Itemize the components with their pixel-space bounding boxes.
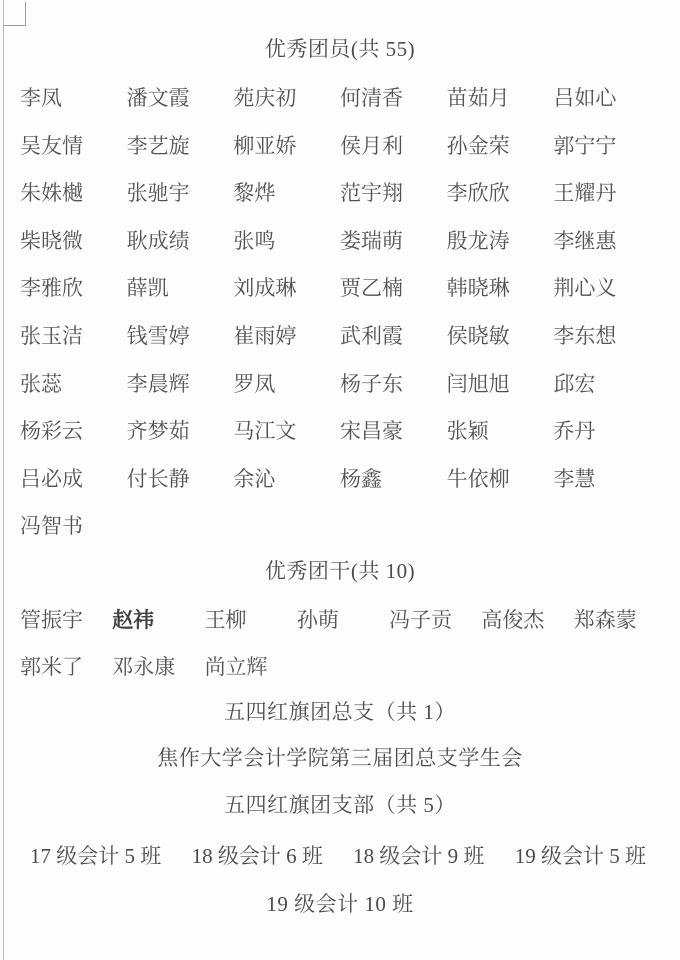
- person-name: 吕必成: [20, 456, 127, 504]
- general-branch-winner: 焦作大学会计学院第三届团总支学生会: [0, 734, 680, 782]
- table-corner-vertical-line: [25, 2, 26, 26]
- person-name: 邓永康: [112, 644, 204, 691]
- person-name: 李晨辉: [127, 361, 234, 409]
- person-name: 柴晓微: [20, 218, 127, 266]
- excellent-members-name-grid: 李凤潘文霞苑庆初何清香苗茹月吕如心吴友情李艺旋柳亚娇侯月利孙金荣郭宁宁朱姝樾张驰…: [0, 75, 680, 551]
- red-flag-branch-classes-row: 17 级会计 5 班18 级会计 6 班18 级会计 9 班19 级会计 5 班: [0, 832, 680, 880]
- person-name: 李东想: [553, 313, 660, 361]
- red-flag-branch-class-line2: 19 级会计 10 班: [0, 880, 680, 928]
- person-name: 冯子贡: [389, 597, 481, 644]
- class-name: 17 级会计 5 班: [30, 832, 161, 880]
- person-name: 崔雨婷: [233, 313, 340, 361]
- person-name: 吴友情: [20, 123, 127, 171]
- person-name: 苑庆初: [233, 75, 340, 123]
- person-name: 郭宁宁: [553, 123, 660, 171]
- person-name: 范宇翔: [340, 170, 447, 218]
- person-name: 王耀丹: [553, 170, 660, 218]
- person-name: 宋昌豪: [340, 408, 447, 456]
- person-name: 潘文霞: [127, 75, 234, 123]
- person-name: 薛凯: [127, 265, 234, 313]
- person-name: 余沁: [233, 456, 340, 504]
- excellent-cadres-name-grid: 管振宇赵祎王柳孙萌冯子贡高俊杰郑森蒙郭米了邓永康尚立辉: [0, 597, 680, 690]
- person-name: 乔丹: [553, 408, 660, 456]
- person-name: 刘成琳: [233, 265, 340, 313]
- person-name: 冯智书: [20, 503, 127, 551]
- person-name: 罗凤: [233, 361, 340, 409]
- person-name: 管振宇: [20, 597, 112, 644]
- name-row: 杨彩云齐梦茹马江文宋昌豪张颖乔丹: [20, 408, 660, 456]
- person-name: 荆心义: [553, 265, 660, 313]
- person-name: 牛依柳: [447, 456, 554, 504]
- person-name: 何清香: [340, 75, 447, 123]
- person-name: 张蕊: [20, 361, 127, 409]
- name-row: 郭米了邓永康尚立辉: [20, 644, 666, 691]
- person-name: 郑森蒙: [574, 597, 666, 644]
- person-name: 孙金荣: [447, 123, 554, 171]
- person-name: 李凤: [20, 75, 127, 123]
- person-name: 耿成绩: [127, 218, 234, 266]
- class-name: 18 级会计 9 班: [353, 832, 484, 880]
- person-name: 王柳: [205, 597, 297, 644]
- person-name: 吕如心: [553, 75, 660, 123]
- person-name: 齐梦茹: [127, 408, 234, 456]
- person-name: 武利霞: [340, 313, 447, 361]
- person-name: 付长静: [127, 456, 234, 504]
- name-row: 柴晓微耿成绩张鸣娄瑞萌殷龙涛李继惠: [20, 218, 660, 266]
- name-row: 朱姝樾张驰宇黎烨范宇翔李欣欣王耀丹: [20, 170, 660, 218]
- person-name: 侯晓敏: [447, 313, 554, 361]
- person-name: 李继惠: [553, 218, 660, 266]
- person-name: 马江文: [233, 408, 340, 456]
- person-name: 柳亚娇: [233, 123, 340, 171]
- name-row: 李雅欣薛凯刘成琳贾乙楠韩晓琳荆心义: [20, 265, 660, 313]
- person-name: 张驰宇: [127, 170, 234, 218]
- person-name: 殷龙涛: [447, 218, 554, 266]
- person-name: 杨彩云: [20, 408, 127, 456]
- person-name: 侯月利: [340, 123, 447, 171]
- person-name: 朱姝樾: [20, 170, 127, 218]
- person-name: 尚立辉: [205, 644, 297, 691]
- person-name: 贾乙楠: [340, 265, 447, 313]
- person-name: 赵祎: [112, 597, 204, 644]
- person-name: 高俊杰: [481, 597, 573, 644]
- person-name: 李艺旋: [127, 123, 234, 171]
- section-title-red-flag-branches: 五四红旗团支部（共 5）: [0, 781, 680, 829]
- person-name: 张玉洁: [20, 313, 127, 361]
- person-name: 黎烨: [233, 170, 340, 218]
- person-name: 孙萌: [297, 597, 389, 644]
- person-name: 娄瑞萌: [340, 218, 447, 266]
- section-title-red-flag-general-branch: 五四红旗团总支（共 1）: [0, 688, 680, 736]
- person-name: 闫旭旭: [447, 361, 554, 409]
- section-title-excellent-cadres: 优秀团干(共 10): [0, 547, 680, 595]
- person-name: 李欣欣: [447, 170, 554, 218]
- name-row: 张蕊李晨辉罗凤杨子东闫旭旭邱宏: [20, 361, 660, 409]
- person-name: 韩晓琳: [447, 265, 554, 313]
- award-list-document: 优秀团员(共 55) 李凤潘文霞苑庆初何清香苗茹月吕如心吴友情李艺旋柳亚娇侯月利…: [0, 0, 680, 960]
- name-row: 吴友情李艺旋柳亚娇侯月利孙金荣郭宁宁: [20, 123, 660, 171]
- person-name: 郭米了: [20, 644, 112, 691]
- section-title-excellent-members: 优秀团员(共 55): [0, 25, 680, 73]
- person-name: 李慧: [553, 456, 660, 504]
- person-name: 苗茹月: [447, 75, 554, 123]
- person-name: 李雅欣: [20, 265, 127, 313]
- class-name: 19 级会计 5 班: [515, 832, 646, 880]
- person-name: 杨子东: [340, 361, 447, 409]
- name-row: 冯智书: [20, 503, 660, 551]
- person-name: 张颖: [447, 408, 554, 456]
- name-row: 张玉洁钱雪婷崔雨婷武利霞侯晓敏李东想: [20, 313, 660, 361]
- person-name: 杨鑫: [340, 456, 447, 504]
- person-name: 邱宏: [553, 361, 660, 409]
- name-row: 吕必成付长静余沁杨鑫牛依柳李慧: [20, 456, 660, 504]
- person-name: 钱雪婷: [127, 313, 234, 361]
- name-row: 李凤潘文霞苑庆初何清香苗茹月吕如心: [20, 75, 660, 123]
- class-name: 18 级会计 6 班: [192, 832, 323, 880]
- person-name: 张鸣: [233, 218, 340, 266]
- name-row: 管振宇赵祎王柳孙萌冯子贡高俊杰郑森蒙: [20, 597, 666, 644]
